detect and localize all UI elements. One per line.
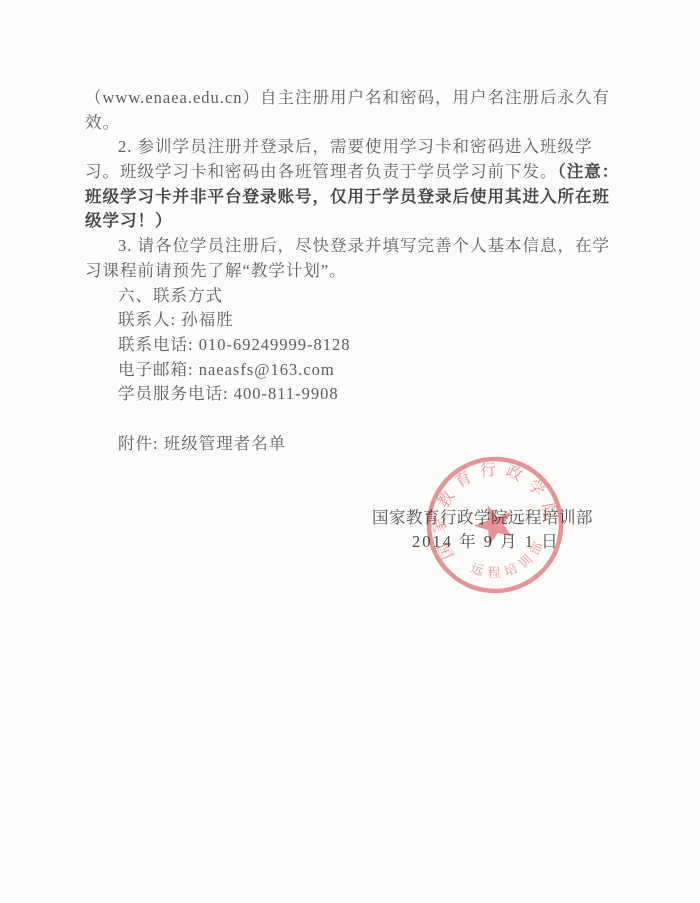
line-text: 2. 参训学员注册并登录后，需要使用学习卡和密码进入班级学 bbox=[118, 137, 593, 156]
line-text: 学员服务电话: 400-811-9908 bbox=[118, 384, 339, 403]
line-text: 习。班级学习卡和密码由各班管理者负责于学员学习前下发。 bbox=[85, 162, 558, 181]
line-text: 联系电话: 010-69249999-8128 bbox=[118, 335, 350, 354]
text-line: 习课程前请预先了解“教学计划”。 bbox=[85, 259, 625, 284]
line-text: 效。 bbox=[85, 113, 120, 132]
signature-org-line: 国家教育行政学院远程培训部 bbox=[85, 506, 625, 531]
section-heading: 六、联系方式 bbox=[85, 284, 625, 309]
notice-text: 级学习！） bbox=[85, 211, 173, 230]
notice-text: 班级学习卡并非平台登录账号，仅用于学员登录后使用其进入所在班 bbox=[85, 187, 610, 206]
text-line: 效。 bbox=[85, 111, 625, 136]
line-text: 习课程前请预先了解“教学计划”。 bbox=[85, 261, 347, 280]
blank-line bbox=[85, 407, 625, 432]
contact-email-line: 电子邮箱: naeasfs@163.com bbox=[85, 358, 625, 383]
blank-line bbox=[85, 481, 625, 506]
contact-person-line: 联系人: 孙福胜 bbox=[85, 308, 625, 333]
line-text: 联系人: 孙福胜 bbox=[118, 310, 234, 329]
text-line: 3. 请各位学员注册后，尽快登录并填写完善个人基本信息，在学 bbox=[85, 234, 625, 259]
document-page: （www.enaea.edu.cn）自主注册用户名和密码，用户名注册后永久有 效… bbox=[0, 0, 700, 903]
line-text: 六、联系方式 bbox=[118, 286, 223, 305]
body-text-block: （www.enaea.edu.cn）自主注册用户名和密码，用户名注册后永久有 效… bbox=[85, 86, 625, 555]
line-text: （www.enaea.edu.cn）自主注册用户名和密码，用户名注册后永久有 bbox=[85, 88, 610, 107]
attachment-line: 附件: 班级管理者名单 bbox=[85, 432, 625, 457]
signature-date-line: 2014 年 9 月 1 日 bbox=[85, 530, 625, 555]
text-line: 级学习！） bbox=[85, 209, 625, 234]
text-line: 习。班级学习卡和密码由各班管理者负责于学员学习前下发。（注意： bbox=[85, 160, 625, 185]
contact-phone-line: 联系电话: 010-69249999-8128 bbox=[85, 333, 625, 358]
service-phone-line: 学员服务电话: 400-811-9908 bbox=[85, 382, 625, 407]
text-line: 2. 参训学员注册并登录后，需要使用学习卡和密码进入班级学 bbox=[85, 135, 625, 160]
signature-org: 国家教育行政学院远程培训部 bbox=[372, 508, 593, 527]
text-line: （www.enaea.edu.cn）自主注册用户名和密码，用户名注册后永久有 bbox=[85, 86, 625, 111]
line-text: 3. 请各位学员注册后，尽快登录并填写完善个人基本信息，在学 bbox=[118, 236, 610, 255]
notice-text: （注意： bbox=[558, 162, 620, 181]
line-text: 附件: 班级管理者名单 bbox=[118, 434, 286, 453]
line-text: 电子邮箱: naeasfs@163.com bbox=[118, 360, 335, 379]
text-line: 班级学习卡并非平台登录账号，仅用于学员登录后使用其进入所在班 bbox=[85, 185, 625, 210]
blank-line bbox=[85, 456, 625, 481]
signature-date: 2014 年 9 月 1 日 bbox=[412, 532, 560, 551]
